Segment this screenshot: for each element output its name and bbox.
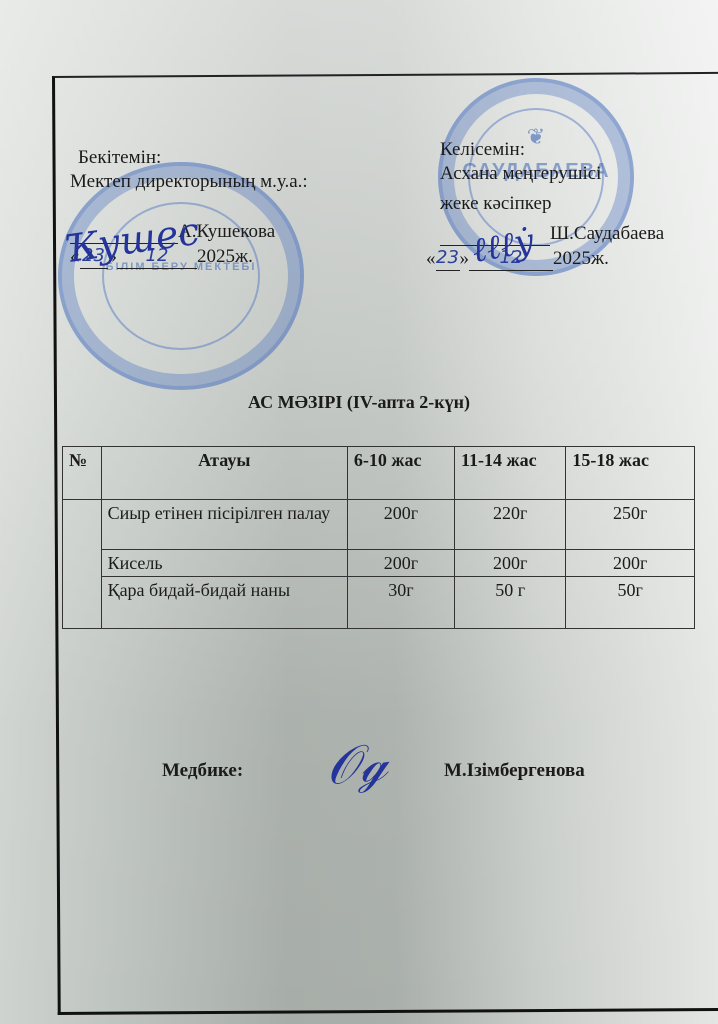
nurse-label: Медбике: — [162, 760, 243, 782]
date-open-quote: « — [426, 248, 436, 269]
date-close-quote: » — [108, 246, 118, 267]
approval-heading: Бекітемін: — [70, 146, 308, 170]
date-open-quote: « — [70, 246, 80, 267]
table-row: Кисель 200г 200г 200г — [63, 550, 695, 577]
date-close-quote: » — [460, 248, 470, 269]
cell-age-6-10: 200г — [347, 550, 454, 577]
table-row: Сиыр етінен пісірілген палау 200г 220г 2… — [63, 500, 695, 550]
date-year: 2025ж. — [197, 246, 253, 267]
agreement-block: Келісемін: Асхана меңгерушісі жеке кәсіп… — [440, 138, 664, 271]
date-month: 12 — [146, 245, 169, 266]
agreement-signature-row: Ш.Саудабаева — [440, 222, 664, 246]
table-header-row: № Атауы 6-10 жас 11-14 жас 15-18 жас — [63, 447, 695, 500]
date-day: 23 — [82, 245, 105, 266]
cell-age-6-10: 200г — [347, 500, 454, 550]
day-field: 23 — [80, 244, 108, 269]
cell-age-6-10: 30г — [347, 577, 454, 629]
agreement-position-line2: жеке кәсіпкер — [440, 192, 664, 216]
date-month: 12 — [500, 247, 523, 268]
header-age-6-10: 6-10 жас — [347, 447, 454, 500]
cell-dish-name: Сиыр етінен пісірілген палау — [101, 500, 347, 550]
date-year: 2025ж. — [553, 248, 609, 269]
cell-age-11-14: 50 г — [455, 577, 566, 629]
page-title: АС МӘЗІРІ (IV-апта 2-күн) — [0, 392, 718, 413]
agreement-date: «23»122025ж. — [426, 246, 664, 271]
header-number: № — [63, 447, 102, 500]
month-field: 12 — [117, 244, 197, 269]
cell-age-15-18: 250г — [566, 500, 695, 550]
cell-age-11-14: 200г — [455, 550, 566, 577]
header-name: Атауы — [101, 447, 347, 500]
day-field: 23 — [436, 246, 460, 271]
date-day: 23 — [436, 247, 459, 268]
approval-position: Мектеп директорының м.у.а.: — [70, 170, 308, 194]
agreement-position-line1: Асхана меңгерушісі — [440, 162, 664, 186]
cell-dish-name: Қара бидай-бидай наны — [101, 577, 347, 629]
agreement-heading: Келісемін: — [440, 138, 664, 162]
cell-age-15-18: 50г — [566, 577, 695, 629]
cell-dish-name: Кисель — [101, 550, 347, 577]
header-age-11-14: 11-14 жас — [455, 447, 566, 500]
approval-block: Бекітемін: Мектеп директорының м.у.а.: А… — [70, 146, 308, 269]
cell-age-15-18: 200г — [566, 550, 695, 577]
header-age-15-18: 15-18 жас — [566, 447, 695, 500]
month-field: 12 — [469, 246, 553, 271]
approval-date: «23»122025ж. — [70, 244, 308, 269]
cell-number — [63, 500, 102, 629]
approval-signature-row: А.Кушекова — [70, 220, 308, 244]
menu-table: № Атауы 6-10 жас 11-14 жас 15-18 жас Сиы… — [62, 446, 695, 629]
table-row: Қара бидай-бидай наны 30г 50 г 50г — [63, 577, 695, 629]
nurse-name: М.Ізімбергенова — [444, 760, 585, 782]
agreement-name: Ш.Саудабаева — [550, 223, 664, 244]
approval-name: А.Кушекова — [178, 221, 275, 242]
cell-age-11-14: 220г — [455, 500, 566, 550]
